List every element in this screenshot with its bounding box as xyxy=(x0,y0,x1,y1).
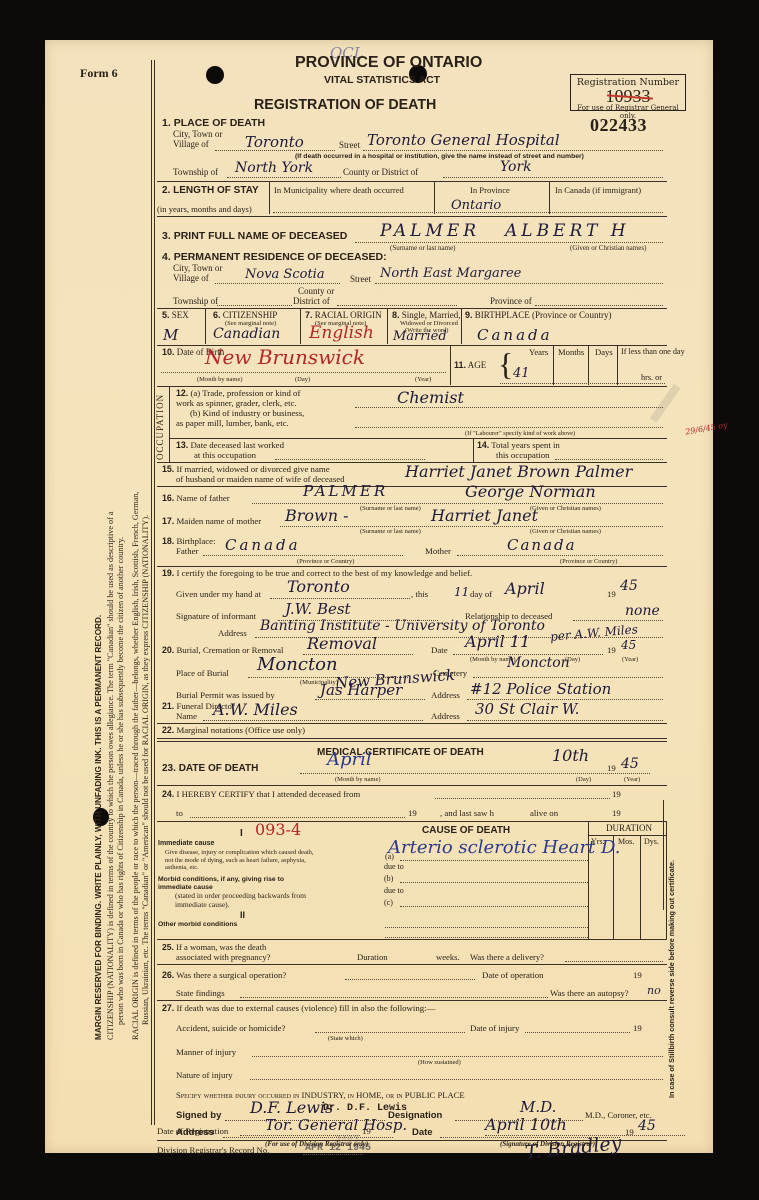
f12-a-value: Chemist xyxy=(397,388,464,407)
f16-surname-caption: (Surname or last name) xyxy=(360,505,421,512)
province-title: PROVINCE OF ONTARIO xyxy=(295,54,482,72)
registration-number-box: Registration Number 10933 For use of Reg… xyxy=(570,74,686,111)
f18-father-caption: (Province or Country) xyxy=(297,558,354,565)
f20-place-value: Moncton xyxy=(257,654,338,675)
f27-injury-date-label: Date of injury xyxy=(470,1023,519,1033)
f24-year-prefix-1: 19 xyxy=(612,789,621,799)
f16-surname: PALMER xyxy=(303,482,388,500)
f18-mother-label: Mother xyxy=(425,546,451,556)
cause-b-label: (b) xyxy=(384,874,393,883)
f20-permit-address-value: #12 Police Station xyxy=(470,680,611,698)
f16-given-caption: (Given or Christian names) xyxy=(530,505,601,512)
f24-alive-on: alive on xyxy=(530,808,558,818)
f7-label: 7. RACIAL ORIGIN xyxy=(305,310,382,320)
f1-city-label: City, Town or xyxy=(173,129,222,139)
registration-date-label-2: Date of Registration xyxy=(157,1126,228,1136)
f26-label: 26. Was there a surgical operation? xyxy=(162,970,286,980)
f16-label: 16. Name of father xyxy=(162,493,230,503)
f1-city-label-2: Village of xyxy=(173,139,209,149)
f17-given: Harriet Janet xyxy=(431,506,538,525)
f25-line1: 25. If a woman, was the death xyxy=(162,942,266,952)
morbid-title: Morbid conditions, if any, giving rise t… xyxy=(158,876,318,892)
f9-label: 9. BIRTHPLACE (Province or Country) xyxy=(465,310,611,320)
signed-by-value: D.F. Lewis xyxy=(250,1098,333,1117)
f14-line2: this occupation xyxy=(496,450,550,460)
f11-years-value: 41 xyxy=(513,366,530,381)
f20-cemetery-value: Moncton xyxy=(507,655,570,671)
f27-label: 27. If death was due to external causes … xyxy=(162,1003,435,1013)
f11-col-less: If less than one day xyxy=(621,347,685,356)
f21-address-value: 30 St Clair W. xyxy=(475,700,579,718)
f19-day-value: 11 xyxy=(454,585,469,599)
f21-name-label: Name xyxy=(176,711,197,721)
f5-value: M xyxy=(163,326,178,344)
f21-name-value: A.W. Miles xyxy=(213,700,298,719)
f3-title: 3. PRINT FULL NAME OF DECEASED xyxy=(162,230,347,242)
f11-brace: { xyxy=(498,346,513,382)
f4-county-label: County or xyxy=(298,286,334,296)
death-registration-form: Form 6 MARGIN RESERVED FOR BINDING. WRIT… xyxy=(45,40,713,1153)
registration-number-value: 10933 xyxy=(571,88,685,104)
f25-line2: associated with pregnancy? xyxy=(176,952,271,962)
f26-year-prefix: 19 xyxy=(633,970,642,980)
cause-due-to-1: due to xyxy=(384,862,404,871)
f16-given: George Norman xyxy=(465,482,596,501)
f7-value: English xyxy=(309,323,374,343)
f23-label: 23. DATE OF DEATH xyxy=(162,763,258,774)
f20-place-label: Place of Burial xyxy=(176,668,229,678)
f11-hrs-label: hrs. or xyxy=(641,373,662,382)
f17-surname-caption: (Surname or last name) xyxy=(360,528,421,535)
f12-b-line1: (b) Kind of industry or business, xyxy=(190,408,304,418)
other-conditions-title: Other morbid conditions xyxy=(158,921,237,928)
f23-day-value: 10th xyxy=(552,746,589,765)
f1-township-value: North York xyxy=(235,160,313,176)
f8-value: Married xyxy=(393,329,447,344)
margin-racial-note-1: RACIAL ORIGIN is defined in terms of the… xyxy=(131,492,140,1040)
f4-township-label: Township of xyxy=(173,296,218,306)
f19-day-of-label: day of xyxy=(470,589,492,599)
f24-year-prefix-3: 19 xyxy=(612,808,621,818)
f20-year-prefix: 19 xyxy=(607,645,616,655)
f20-permit-address-label: Address xyxy=(431,690,460,700)
cause-code: 093-4 xyxy=(255,820,301,839)
f20-cap-year: (Year) xyxy=(622,656,638,663)
signed-date-value: April 10th xyxy=(485,1115,567,1134)
f23-month-value: April xyxy=(327,749,372,770)
f2-sub: (in years, months and days) xyxy=(157,204,252,214)
form-title: REGISTRATION OF DEATH xyxy=(254,96,436,113)
f25-weeks-label: weeks. xyxy=(436,952,460,962)
f19-month-value: April xyxy=(505,579,545,598)
margin-binding-notice: MARGIN RESERVED FOR BINDING. WRITE PLAIN… xyxy=(94,615,103,1040)
f11-col-months: Months xyxy=(558,347,584,357)
f19-year-prefix: 19 xyxy=(607,589,616,599)
f4-city-label: City, Town or xyxy=(173,263,222,273)
f1-township-label: Township of xyxy=(173,167,218,177)
margin-racial-note-2: Russian, Ukrainian, etc. The terms "Cana… xyxy=(141,515,150,1025)
signed-by-label: Signed by xyxy=(176,1110,221,1121)
f20-date-value: April 11 xyxy=(465,632,530,651)
f4-street-value: North East Margaree xyxy=(380,266,521,281)
f10-value: New Brunswick xyxy=(205,345,365,369)
f24-line1: 24. I HEREBY CERTIFY that I attended dec… xyxy=(162,789,360,799)
f4-county-label-2: District of xyxy=(293,296,330,306)
f22-label: 22. Marginal notations (Office use only) xyxy=(162,725,305,735)
f11-col-years: Years xyxy=(529,347,548,357)
right-rule xyxy=(663,800,664,910)
f2-col-province: In Province xyxy=(470,185,510,195)
f12-a-line1: 12. (a) Trade, profession or kind of xyxy=(176,388,300,398)
f15-line1: 15. If married, widowed or divorced give… xyxy=(162,464,330,474)
f18-mother-caption: (Province or Country) xyxy=(560,558,617,565)
f2-province-value: Ontario xyxy=(451,198,501,213)
immediate-cause-title: Immediate cause xyxy=(158,840,214,847)
f12-b-line2: as paper mill, lumber, bank, etc. xyxy=(176,418,289,428)
f23-cap-month: (Month by name) xyxy=(335,776,381,783)
f4-city-label-2: Village of xyxy=(173,273,209,283)
cause-due-to-2: due to xyxy=(384,886,404,895)
f10-cap-month: (Month by name) xyxy=(197,376,243,383)
margin-citizenship-note-1: CITIZENSHIP (NATIONALITY) is defined in … xyxy=(106,512,115,1041)
record-no-label: Division Registrar's Record No. xyxy=(157,1145,270,1155)
f24-year-prefix-2: 19 xyxy=(408,808,417,818)
cause-roman-1: I xyxy=(240,828,243,839)
immediate-cause-desc: Give disease, injury or complication whi… xyxy=(165,849,315,872)
f12-a-line2: work as spinner, grader, clerk, etc. xyxy=(176,398,297,408)
f19-address-label: Address xyxy=(218,628,247,638)
f3-given-caption: (Given or Christian names) xyxy=(570,244,646,252)
punch-hole-top-left xyxy=(206,66,224,84)
duration-header: DURATION xyxy=(606,823,652,833)
f1-city-value: Toronto xyxy=(245,133,304,151)
f4-city-value: Nova Scotia xyxy=(245,267,325,282)
f23-cap-year: (Year) xyxy=(624,776,640,783)
f1-num: 1. xyxy=(162,117,171,129)
serial-number: 022433 xyxy=(590,115,647,136)
f18-father-label: Father xyxy=(176,546,198,556)
f12-labourer-note: (If "Labourer" specify kind of work abov… xyxy=(465,430,575,437)
f26-date-label: Date of operation xyxy=(482,970,544,980)
f4-street-label: Street xyxy=(350,274,371,284)
f13-line2: at this occupation xyxy=(194,450,256,460)
cause-roman-2: II xyxy=(240,910,245,920)
f10-cap-day: (Day) xyxy=(295,376,310,383)
f25-delivery-label: Was there a delivery? xyxy=(470,952,544,962)
f4-province-label: Province of xyxy=(490,296,532,306)
cause-a-value: Arterio sclerotic Heart D. xyxy=(388,837,621,858)
f18-father-value: Canada xyxy=(225,536,301,554)
signed-year-value: 45 xyxy=(638,1118,656,1134)
f1-county-label: County or District of xyxy=(343,167,418,177)
f1-title-text: PLACE OF DEATH xyxy=(174,117,265,129)
f1-hospital-note: (If death occurred in a hospital or inst… xyxy=(295,153,584,160)
f19-signature-label: Signature of informant xyxy=(176,611,256,621)
binding-margin-rule xyxy=(151,60,155,1125)
f27-accident-label: Accident, suicide or homicide? xyxy=(176,1023,285,1033)
f27-nature-label: Nature of injury xyxy=(176,1070,233,1080)
signed-date-label: Date xyxy=(412,1127,433,1138)
f15-value: Harriet Janet Brown Palmer xyxy=(405,462,632,481)
f23-year-prefix: 19 xyxy=(607,763,616,773)
f1-county-value: York xyxy=(500,159,532,175)
stillbirth-note: In case of Stillbirth consult reverse si… xyxy=(667,860,676,1098)
f17-surname: Brown - xyxy=(285,506,349,525)
f20-permit-label: Burial Permit was issued by xyxy=(176,690,275,700)
f11-label: 11. AGE xyxy=(454,360,486,370)
f26-autopsy-value: no xyxy=(647,984,661,997)
f27-state-which: (State which) xyxy=(328,1035,363,1042)
act-title: VITAL STATISTICS ACT xyxy=(324,74,440,86)
f3-surname: PALMER xyxy=(380,221,480,241)
f24-to-label: to xyxy=(176,808,183,818)
f2-title: 2. LENGTH OF STAY xyxy=(162,185,259,196)
f26-findings-label: State findings xyxy=(176,988,225,998)
cause-c-label: (c) xyxy=(384,898,393,907)
f8-label-2: Widowed or Divorced xyxy=(400,320,458,327)
f3-given: ALBERT H xyxy=(505,221,630,241)
registrar-signature-caption: (Signature of Division Registrar) xyxy=(500,1140,595,1148)
f8-label: 8. Single, Married, xyxy=(392,310,461,320)
occupation-date-annotation: 29/6/45 oy xyxy=(685,420,729,436)
margin-citizenship-note-2: person who was born in Canada or who has… xyxy=(116,537,125,1025)
f27-how-sustained: (How sustained) xyxy=(418,1059,461,1066)
f27-manner-label: Manner of injury xyxy=(176,1047,236,1057)
f26-autopsy-label: Was there an autopsy? xyxy=(550,988,629,998)
f13-line1: 13. Date deceased last worked xyxy=(176,440,284,450)
f1-street-label: Street xyxy=(339,140,360,150)
f20-permit-value: Jas Harper xyxy=(320,681,402,699)
f14-line1: 14. Total years spent in xyxy=(477,440,560,450)
f9-value: Canada xyxy=(477,326,553,344)
f20-value: Removal xyxy=(307,634,377,653)
f19-signature-value: J.W. Best xyxy=(285,600,351,618)
f1-street-value: Toronto General Hospital xyxy=(367,131,560,149)
f10-cap-year: (Year) xyxy=(415,376,431,383)
f23-year-value: 45 xyxy=(621,756,639,772)
f2-col-canada: In Canada (if immigrant) xyxy=(555,185,641,195)
f5-label: 5. SEX xyxy=(162,310,189,320)
f19-year-value: 45 xyxy=(620,578,638,594)
f23-cap-day: (Day) xyxy=(576,776,591,783)
f17-label: 17. Maiden name of mother xyxy=(162,516,261,526)
f24-last-saw: , and last saw h xyxy=(440,808,494,818)
signed-address-value: Tor. General Hosp. xyxy=(265,1116,407,1134)
f27-year-prefix: 19 xyxy=(633,1023,642,1033)
f1-title: 1. PLACE OF DEATH xyxy=(162,117,265,129)
registration-year-prefix: 19 xyxy=(362,1126,371,1136)
f17-given-caption: (Given or Christian names) xyxy=(530,528,601,535)
f19-this-label: , this xyxy=(411,589,428,599)
f18-mother-value: Canada xyxy=(507,536,577,554)
f6-value: Canadian xyxy=(213,326,280,342)
f18-label: 18. Birthplace: xyxy=(162,536,216,546)
f3-surname-caption: (Surname or last name) xyxy=(390,244,456,252)
f2-col-municipality: In Municipality where death occurred xyxy=(274,185,404,195)
f11-col-days: Days xyxy=(595,347,613,357)
form-number: Form 6 xyxy=(80,66,118,81)
occupation-side-label: OCCUPATION xyxy=(155,394,165,460)
f6-label: 6. CITIZENSHIP xyxy=(213,310,277,320)
f19-given-value: Toronto xyxy=(287,577,350,596)
f4-title: 4. PERMANENT RESIDENCE OF DECEASED: xyxy=(162,251,387,263)
cause-header: CAUSE OF DEATH xyxy=(422,825,510,836)
division-registrar-note: (For use of Division Registrar only) xyxy=(265,1140,368,1148)
morbid-desc: (stated in order proceeding backwards fr… xyxy=(175,892,315,909)
diagonal-stamp: ▒▒▒▒▒▒▒▒▒▒ xyxy=(651,384,682,423)
f19-given-label: Given under my hand at xyxy=(176,589,261,599)
f20-year-value: 45 xyxy=(621,638,636,652)
f25-duration-label: Duration xyxy=(357,952,388,962)
f21-address-label: Address xyxy=(431,711,460,721)
designation-value: M.D. xyxy=(520,1098,556,1116)
f20-date-label: Date xyxy=(431,645,448,655)
f19-relationship-value: none xyxy=(625,603,660,619)
duration-col-dys: Dys. xyxy=(644,837,659,846)
